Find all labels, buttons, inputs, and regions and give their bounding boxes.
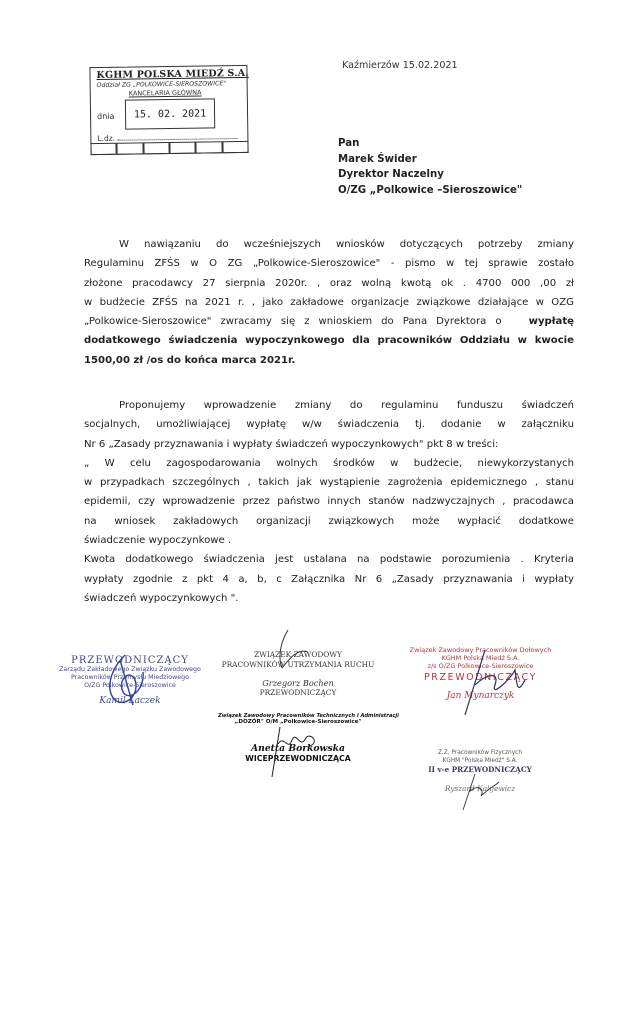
text-line: W nawiązaniu do wcześniejszych wniosków …	[84, 235, 574, 254]
signature-name: Anetta Borkowska	[218, 743, 378, 754]
text-line: epidemii, czy wprowadzenie przez państwo…	[84, 492, 574, 511]
recipient-block: Pan Marek Świder Dyrektor Naczelny O/ZG …	[338, 136, 522, 198]
recipient-salutation: Pan	[338, 136, 522, 152]
signature-block-physical-workers-union: Z.Z. Pracowników Fizycznych KGHM "Polska…	[405, 750, 555, 793]
text-line: złożone pracodawcy 27 sierpnia 2020r. , …	[84, 274, 574, 293]
stamp-ref-label: L.dz.	[97, 134, 115, 143]
signature-name: Ryszard Kalijewicz	[405, 784, 555, 793]
text-line: Nr 6 „Zasady przyznawania i wypłaty świa…	[84, 435, 574, 454]
text-line: świadczenie wypoczynkowe .	[84, 531, 574, 550]
signature-block-dozor-union: Związek Zawodowy Pracowników Technicznyc…	[218, 713, 378, 763]
stamp-cell	[90, 143, 116, 155]
signature-org-line: KGHM "Polska Miedź" S.A.	[405, 758, 555, 766]
signature-name: Jan Mynarczyk	[383, 691, 578, 701]
stamp-company: KGHM POLSKA MIEDŹ S.A.	[96, 68, 248, 81]
paragraph-request: W nawiązaniu do wcześniejszych wniosków …	[84, 235, 574, 370]
signature-org-line: Związek Zawodowy Pracowników Dołowych	[383, 646, 578, 654]
text-line: w budżecie ZFŚS na 2021 r. , jako zakład…	[84, 293, 574, 312]
stamp-cell	[222, 141, 248, 153]
stamp-date-label: dnia	[97, 112, 114, 121]
signature-org-line: Zarządu Zakładowego Związku Zawodowego	[50, 666, 210, 674]
signature-block-underground-union: Związek Zawodowy Pracowników Dołowych KG…	[383, 646, 578, 701]
signature-org-line: z/s O/ZG Polkowice-Sieroszowice	[383, 662, 578, 670]
signature-org-line: O/ZG Polkowice-Sieroszowice	[50, 682, 210, 690]
paragraph-proposal: Proponujemy wprowadzenie zmiany do regul…	[84, 396, 574, 608]
signature-name: Grzegorz Bochen	[218, 678, 378, 688]
stamp-office: KANCELARIA GŁÓWNA	[129, 89, 202, 98]
stamp-cell	[117, 142, 143, 154]
text-line: na wniosek zakładowych organizacji związ…	[84, 512, 574, 531]
signature-name: Kamil Łaczek	[50, 696, 210, 706]
text-line: świadczeń wypoczynkowych ".	[84, 589, 574, 608]
stamp-cell	[169, 142, 195, 154]
text-line: „Polkowice-Sieroszowice" zwracamy się z …	[84, 312, 574, 331]
stamp-date-box: 15. 02. 2021	[125, 98, 215, 129]
signature-title: II v-e PRZEWODNICZĄCY	[405, 765, 555, 774]
text-line: Kwota dodatkowego świadczenia jest ustal…	[84, 550, 574, 569]
signature-org-line: „DOZÓR" O/M „Polkowice-Sieroszowice"	[218, 719, 378, 725]
signature-org-line: Pracowników Przemysłu Miedziowego	[50, 674, 210, 682]
signature-block-maintenance-union: ZWIĄZEK ZAWODOWY PRACOWNIKÓW UTRZYMANIA …	[218, 650, 378, 697]
stamp-cells	[90, 141, 248, 155]
signature-org-line: KGHM Polska Miedź S.A.	[383, 654, 578, 662]
stamp-cell	[196, 141, 222, 153]
text-line: Proponujemy wprowadzenie zmiany do regul…	[84, 396, 574, 415]
stamp-cell	[143, 142, 169, 154]
recipient-organization: O/ZG „Polkowice –Sieroszowice"	[338, 183, 522, 199]
signature-title: PRZEWODNICZĄCY	[383, 672, 578, 683]
signature-org-line: PRACOWNIKÓW UTRZYMANIA RUCHU	[218, 660, 378, 670]
text-line-bold: dodatkowego świadczenia wypoczynkowego d…	[84, 331, 574, 350]
text-line: w przypadkach szczególnych , takich jak …	[84, 473, 574, 492]
recipient-position: Dyrektor Naczelny	[338, 167, 522, 183]
recipient-name: Marek Świder	[338, 152, 522, 168]
signature-title: WICEPRZEWODNICZĄCA	[218, 754, 378, 763]
signature-block-union-copper: PRZEWODNICZĄCY Zarządu Zakładowego Związ…	[50, 655, 210, 706]
place-date: Kaźmierzów 15.02.2021	[342, 60, 458, 71]
signature-org-line: Z.Z. Pracowników Fizycznych	[405, 750, 555, 758]
signature-title: PRZEWODNICZĄCY	[218, 688, 378, 697]
registry-stamp: KGHM POLSKA MIEDŹ S.A. Oddział ZG „POLKO…	[89, 65, 248, 155]
text-line: wypłaty zgodnie z pkt 4 a, b, c Załączni…	[84, 570, 574, 589]
stamp-date-value: 15. 02. 2021	[134, 108, 206, 120]
text-line: „ W celu zagospodarowania wolnych środkó…	[84, 454, 574, 473]
text-line: socjalnych, umożliwiającej wypłatę w/w ś…	[84, 415, 574, 434]
signature-title: PRZEWODNICZĄCY	[50, 655, 210, 666]
text-line-bold: 1500,00 zł /os do końca marca 2021r.	[84, 351, 574, 370]
text-line: Regulaminu ZFŚS w O ZG „Polkowice-Sieros…	[84, 254, 574, 273]
signature-org-line: ZWIĄZEK ZAWODOWY	[218, 650, 378, 660]
stamp-division: Oddział ZG „POLKOWICE-SIEROSZOWICE"	[97, 80, 227, 89]
